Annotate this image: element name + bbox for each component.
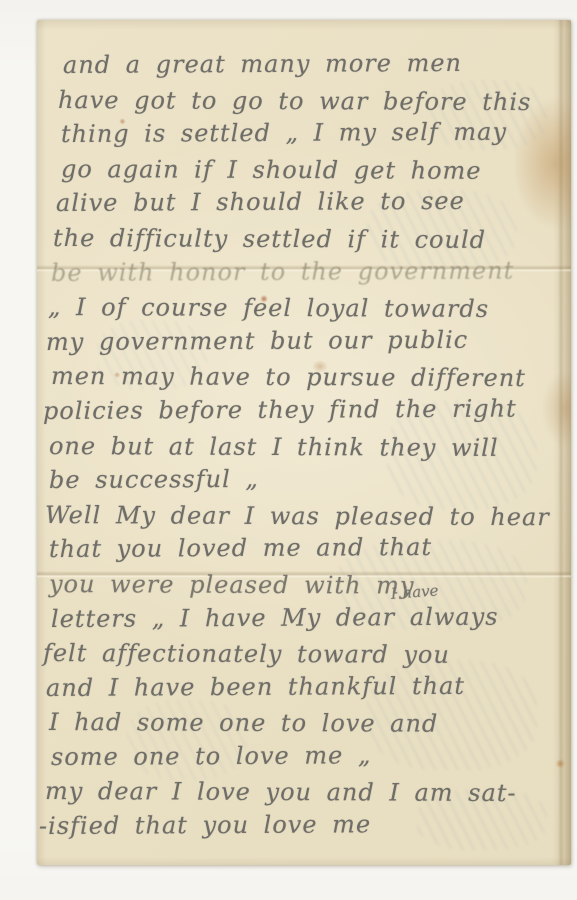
letter-line: „ I of course feel loyal towards	[48, 290, 571, 327]
letter-line: policies before they find the right	[43, 391, 571, 428]
letter-line: thing is settled „ I my self may	[61, 115, 571, 152]
letter-line: that you loved me and that	[49, 530, 571, 567]
letter-line: be successful „	[49, 460, 571, 497]
letter-line: you were pleased with my	[49, 567, 571, 604]
letter-line: alive but I should like to see	[56, 184, 571, 221]
letter-line-text: letters „ I have My dear always	[51, 602, 499, 632]
letter-line: some one to love me „	[51, 737, 571, 774]
interlinear-insertion: I have	[390, 583, 439, 602]
letter-line-faded: be with honor to the government	[51, 253, 571, 290]
letter-line: -isfied that you love me	[39, 806, 571, 843]
letter-page: and a great many more men have got to go…	[37, 20, 571, 865]
letter-line: my government but our public	[46, 322, 571, 359]
letter-line: and I have been thankful that	[46, 668, 571, 705]
scan-background: and a great many more men have got to go…	[0, 0, 577, 900]
letter-line: the difficulty settled if it could	[53, 221, 571, 258]
letter-line: felt affectionately toward you	[43, 636, 571, 673]
letter-line: letters „ I have My dear always I have	[51, 599, 571, 636]
letter-body: and a great many more men have got to go…	[37, 48, 571, 844]
letter-line: and a great many more men	[63, 45, 571, 82]
letter-line: I had some one to love and	[49, 705, 571, 742]
